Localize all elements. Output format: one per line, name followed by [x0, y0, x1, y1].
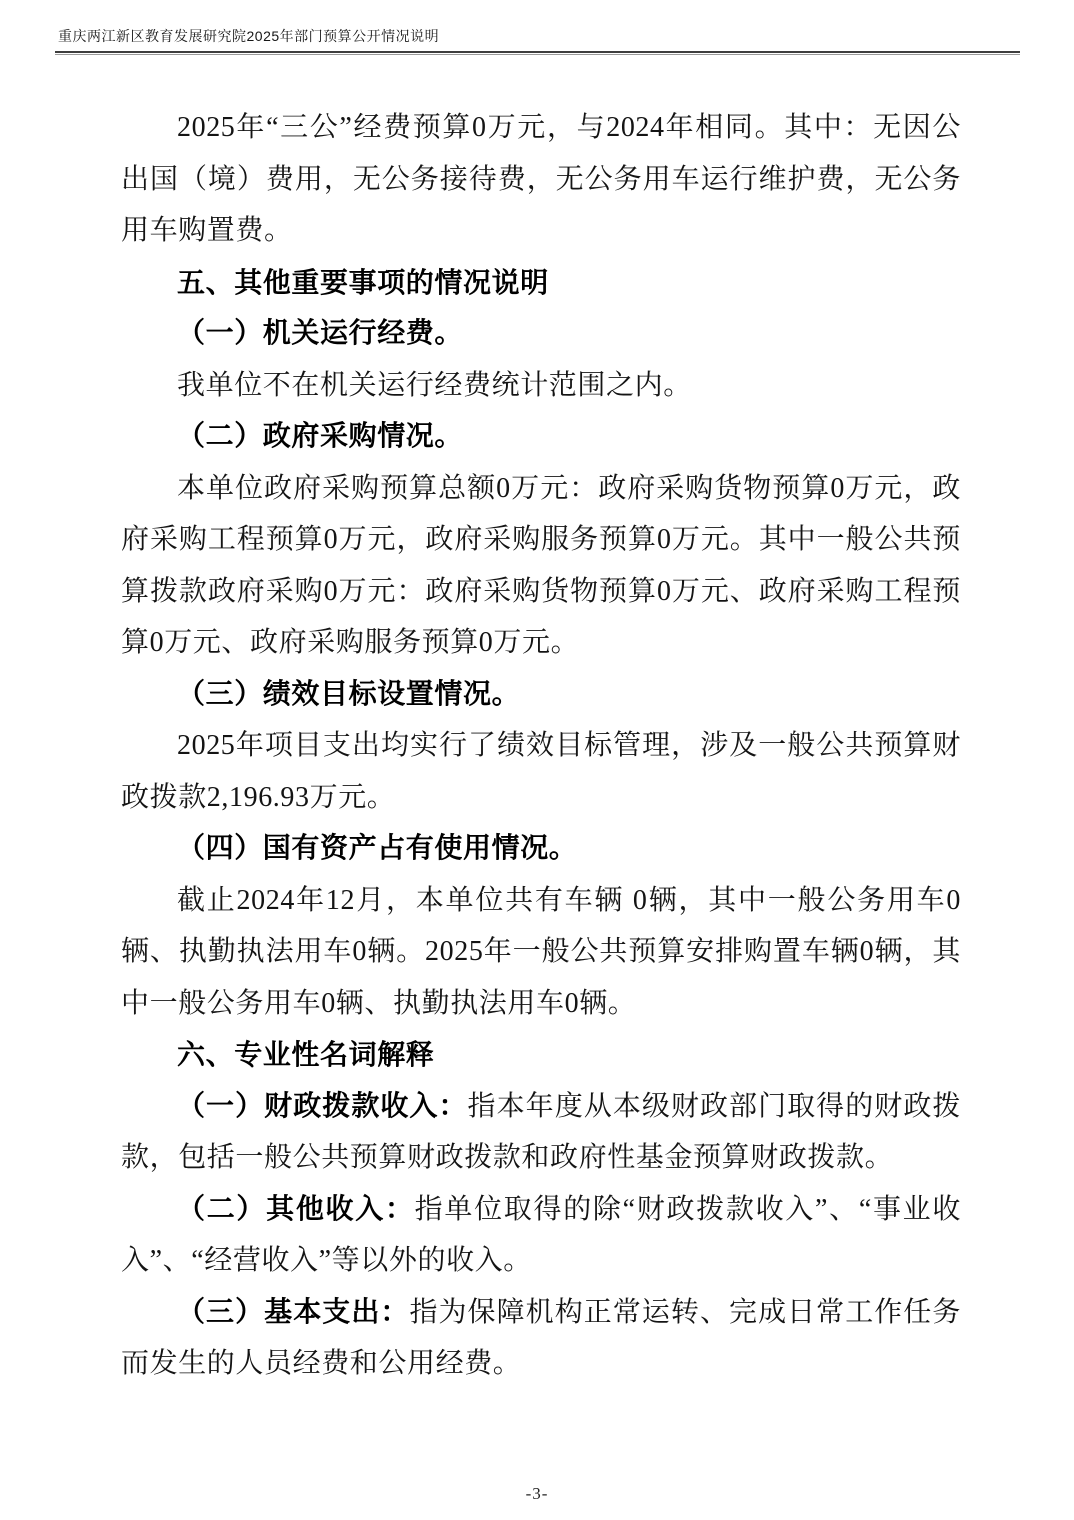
page-number: -3- [0, 1484, 1074, 1504]
paragraph: （一）财政拨款收入：指本年度从本级财政部门取得的财政拨款，包括一般公共预算财政拨… [121, 1081, 961, 1184]
text-run: （二）政府采购情况。 [177, 421, 463, 452]
text-run: 2025年“三公”经费预算0万元，与2024年相同。其中：无因公出国（境）费用，… [121, 112, 961, 246]
header-rule-light-line [55, 54, 1020, 55]
text-run: （二）其他收入： [177, 1194, 415, 1225]
text-run: （一）机关运行经费。 [177, 318, 463, 349]
text-run: 截止2024年12月，本单位共有车辆 0辆，其中一般公务用车0辆、执勤执法用车0… [121, 885, 961, 1019]
text-run: （三）基本支出： [177, 1297, 409, 1328]
paragraph: 截止2024年12月，本单位共有车辆 0辆，其中一般公务用车0辆、执勤执法用车0… [121, 875, 961, 1030]
section-heading: 五、其他重要事项的情况说明 [121, 257, 961, 309]
text-run: 本单位政府采购预算总额0万元：政府采购货物预算0万元，政府采购工程预算0万元，政… [121, 473, 961, 659]
text-run: 我单位不在机关运行经费统计范围之内。 [177, 370, 692, 401]
section-heading: 六、专业性名词解释 [121, 1029, 961, 1081]
paragraph: （二）其他收入：指单位取得的除“财政拨款收入”、“事业收入”、“经营收入”等以外… [121, 1184, 961, 1287]
paragraph: 2025年“三公”经费预算0万元，与2024年相同。其中：无因公出国（境）费用，… [121, 102, 961, 257]
text-run: （三）绩效目标设置情况。 [177, 679, 520, 710]
header-rule [55, 51, 1020, 55]
text-run: （一）财政拨款收入： [177, 1091, 468, 1122]
sub-heading: （三）绩效目标设置情况。 [121, 669, 961, 721]
document-page: 重庆两江新区教育发展研究院2025年部门预算公开情况说明 2025年“三公”经费… [0, 0, 1074, 1520]
sub-heading: （二）政府采购情况。 [121, 411, 961, 463]
paragraph: 本单位政府采购预算总额0万元：政府采购货物预算0万元，政府采购工程预算0万元，政… [121, 463, 961, 669]
text-run: 六、专业性名词解释 [177, 1039, 434, 1070]
text-run: （四）国有资产占有使用情况。 [177, 833, 577, 864]
header-title: 重庆两江新区教育发展研究院2025年部门预算公开情况说明 [55, 26, 1020, 51]
text-run: 五、其他重要事项的情况说明 [177, 267, 549, 298]
paragraph: 我单位不在机关运行经费统计范围之内。 [121, 360, 961, 412]
document-header: 重庆两江新区教育发展研究院2025年部门预算公开情况说明 [55, 26, 1020, 55]
sub-heading: （一）机关运行经费。 [121, 308, 961, 360]
paragraph: 2025年项目支出均实行了绩效目标管理，涉及一般公共预算财政拨款2,196.93… [121, 720, 961, 823]
text-run: 2025年项目支出均实行了绩效目标管理，涉及一般公共预算财政拨款2,196.93… [121, 730, 961, 813]
sub-heading: （四）国有资产占有使用情况。 [121, 823, 961, 875]
paragraph: （三）基本支出：指为保障机构正常运转、完成日常工作任务而发生的人员经费和公用经费… [121, 1287, 961, 1390]
header-rule-dark-line [55, 51, 1020, 53]
document-body: 2025年“三公”经费预算0万元，与2024年相同。其中：无因公出国（境）费用，… [121, 102, 961, 1390]
